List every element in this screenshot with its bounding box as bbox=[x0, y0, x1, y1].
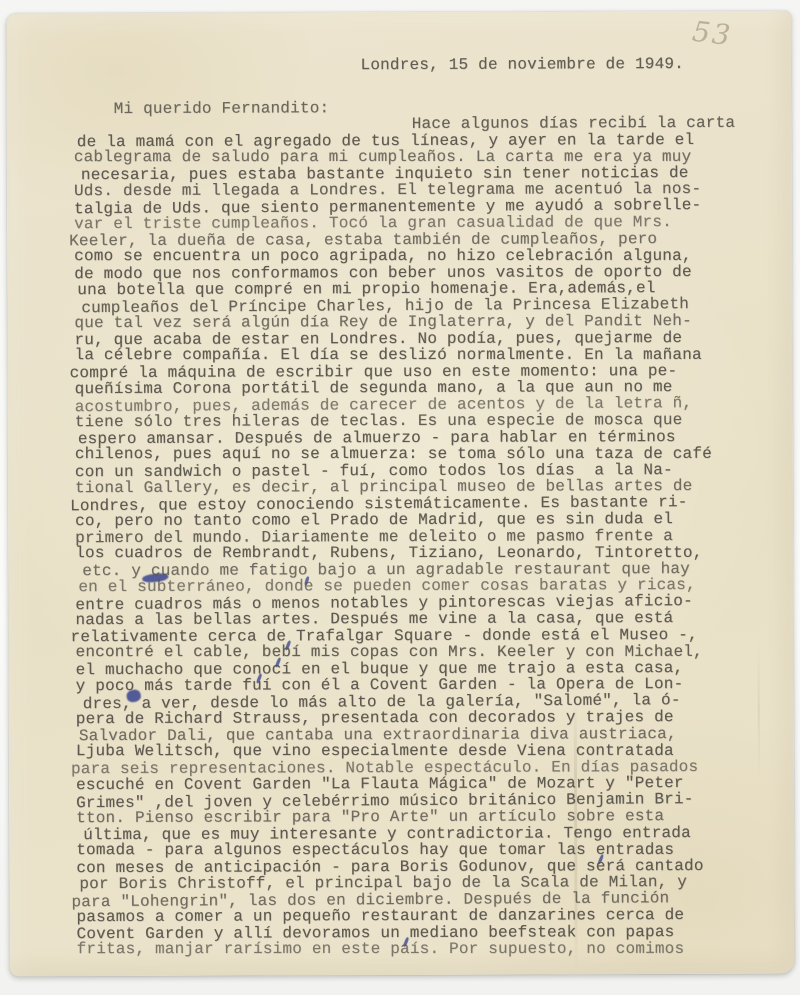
letter-line: cablegrama de saludo para mi cumpleaños.… bbox=[74, 149, 735, 166]
letter-body: de la mamá con el agregado de tus líneas… bbox=[74, 131, 738, 958]
letter-line: como se encuentra un poco agripada, no h… bbox=[74, 248, 735, 265]
letter-line: encontré el cable, bebí mis copas con Mr… bbox=[76, 644, 737, 661]
letter-text: Londres, 15 de noviembre de 1949. Mi que… bbox=[73, 56, 738, 959]
fold-crease bbox=[758, 641, 760, 781]
pencil-page-number: 53 bbox=[691, 15, 734, 52]
letter-line: los cuadros de Rembrandt, Rubens, Tizian… bbox=[75, 545, 736, 562]
letter-line: Ljuba Welitsch, que vino especialmente d… bbox=[76, 743, 737, 760]
letter-paper: 53 Londres, 15 de noviembre de 1949. Mi … bbox=[6, 11, 794, 977]
letter-line: fritas, manjar rarísimo en este país. Po… bbox=[77, 941, 738, 958]
letter-line: chilenos, pues aquí no se almuerza: se t… bbox=[75, 446, 736, 463]
letter-line: tomada - para algunos espectáculos hay q… bbox=[76, 842, 737, 859]
letter-line: la célebre compañía. El día se deslizó n… bbox=[75, 347, 736, 364]
opening-line: Hace algunos días recibí la carta bbox=[412, 115, 736, 133]
photo-background: 53 Londres, 15 de noviembre de 1949. Mi … bbox=[0, 0, 800, 995]
date-line: Londres, 15 de noviembre de 1949. bbox=[360, 56, 735, 74]
